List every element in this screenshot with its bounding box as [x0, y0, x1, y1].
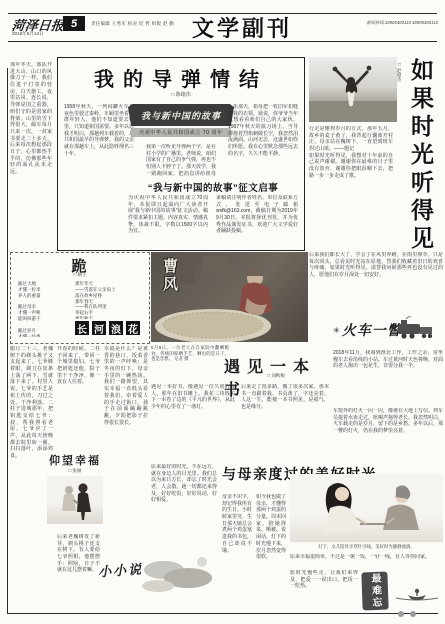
notice-title: “我与新中国的故事”征文启事 [128, 180, 298, 194]
mother-daughter-photo-art [290, 474, 443, 542]
notice-col2: 来稿请注明作者姓名、单位及联系方式，发送至电子邮箱 wxfk@163.com，截… [216, 195, 298, 245]
book-article-author: □ 刘秋梅 [224, 373, 328, 379]
basket-woman-photo: 曹风 [151, 252, 308, 342]
main-article-outer-col: 那年冬天，部队开进大山，山口的风像刀子一样。我们住进干打垒的营房，白天施工，夜里… [10, 62, 52, 248]
main-article-box: 我的导弹情结 □ 陈绪伟 1958年秋天，一列闷罐火车在夜色里驶过秦岭。车厢里坐… [57, 57, 305, 251]
header-bottom-rule [8, 41, 437, 42]
paper-date: 2019年5月14日 [12, 31, 44, 37]
column-logo-char-2: 河 [92, 321, 106, 335]
column-logo-char-1: 长 [75, 321, 89, 335]
mother-photo-caption: 灯下，女儿陪母亲穿针引线，美好时光静静流淌。 [290, 544, 443, 550]
mother-article-col2: 如今我也做了母亲，才懂得那两个鸡蛋的分量。周末回家，陪她择菜、晒被、说闲话，灯下… [256, 494, 286, 610]
left-frame-line [7, 68, 8, 613]
train-article-body1: 2018年11月，我调到淮北工作。工作之余，常坐慢车去看沿线的小站。车过黄河时天… [333, 350, 443, 406]
dot-icon [410, 611, 416, 617]
editors-line: 责任编辑 王秀军 校对 纪 哲 组版 赵 勤 [91, 21, 191, 27]
happiness-feature: 仰望幸福 □ 张丽 [46, 452, 104, 532]
right-article-body2: 后来我们都长大了，学会了在风里奔跑，在雨里撑伞。只是每次回头，总看见时光站在原地… [309, 252, 443, 304]
column-logo-char-3: 浪 [109, 321, 123, 335]
landscape-icon [138, 552, 216, 596]
couple-photo [47, 476, 103, 524]
campaign-banner: 我与新中国的故事 庆祝中华人民共和国成立 70 周年 [128, 104, 234, 138]
small-story-label: 小小说 [97, 558, 143, 580]
notice-col1: 为庆祝中华人民共和国成立70周年，本报即日起面向广大读者开展“我与新中国的故事”… [128, 195, 208, 245]
happiness-title: 仰望幸福 [46, 452, 104, 468]
page-number: 5 [63, 16, 85, 31]
newspaper-page: 菏泽日报 2019年5月14日 5 责任编辑 王秀军 校对 纪 哲 组版 赵 勤… [0, 0, 445, 624]
end-stamp: 最难忘 [361, 572, 388, 611]
right-article-body1: 行走是懂得岁月的方式。那年五月，故乡的麦子黄了，我背起行囊离开村庄，母亲站在槐树… [309, 126, 393, 248]
main-article-author: □ 陈绪伟 [58, 91, 304, 98]
main-article-col1: 1958年秋天，一列闷罐火车在夜色里驶过秦岭。车厢里坐着一群年轻人，他们不知道要… [64, 104, 134, 242]
field-woman-photo-art [309, 57, 397, 122]
dot-icon [398, 611, 404, 617]
boat-icon [392, 580, 442, 606]
right-article-author: □ 赵俊杰 [396, 62, 402, 132]
right-article-title: 如果时光听得见 [405, 58, 438, 254]
story-between: 原来最好的时光，不在远方，就在身边人的目光里。我们总以为来日方长，却忘了时光会老… [151, 464, 217, 548]
train-icon [394, 316, 438, 342]
main-article-title: 我的导弹情结 [58, 63, 304, 92]
train-article-body2: 车窗外的灯火一闪一闪，像谁在大地上写信。列车员提着水壶走过，吆喝声拖得老长。我忽… [333, 408, 443, 466]
hotline: 新闻热线:18905400110 18905405110 [322, 20, 438, 26]
star-icon: ✳ [333, 326, 340, 335]
couple-photo-art [47, 476, 103, 524]
poem-box: 跪 □ 朝子 跪过大地 才懂一粒米 养人的重量 跪过母亲 才懂一声唤 能叫回游子… [10, 252, 150, 344]
mother-article-col1: 母亲不识字，却记得我所有的生日。小时候家里穷，生日那天她总会煮两个鸡蛋塞进我的书… [222, 494, 252, 610]
mother-article-tail2: 愿时光慢些走，让我们来得及，把爱一一说出口，把饭一一吃热。 [290, 570, 358, 610]
book-article-col1: 遇见一本好书，像遇见一位久别的故人。那年在旧书摊上，我花三块钱买下一本卷了边的《… [151, 384, 235, 458]
column-logo: 长 河 浪 花 [75, 321, 143, 335]
column-logo-char-4: 花 [126, 321, 140, 335]
mother-daughter-photo [290, 474, 443, 542]
train-article-header: ✳ 火车一瞥 [333, 320, 402, 340]
bottom-frame-line [7, 613, 438, 614]
book-article-col2: 后来走了很多路，搬了很多次家，那本书一直跟着我。书页黄了，字还亮着。人这一生，能… [241, 384, 329, 458]
mid-photo-caption: 5月9日，一位老人在自家院中翻晒粮食。传统的晾晒手艺，晒出的是日子，也是念想。 … [151, 345, 229, 379]
train-article-title: 火车一瞥 [342, 320, 402, 340]
main-article-col3: 入伍那天，祖母把一枚旧军扣缝进我的衣领。她说，你爷爷当年就想看看咱们自己的大家伙… [228, 104, 298, 176]
poem-col1: 跪过大地 才懂一粒米 养人的重量 跪过母亲 才懂一声唤 能叫回游子 跪过岁月 才… [18, 281, 70, 337]
main-article-col2: 我第一次听见导弹两个字，是在村小学的广播里。老师说，咱们国家有了自己的争气弹，再… [146, 144, 216, 176]
campaign-banner-subtitle: 庆祝中华人民共和国成立 70 周年 [131, 128, 231, 137]
story-col2-top: 开春的时候，二柱子回来了，带回一个城里媳妇。七爷把钥匙还他，院子里干干净净，像一… [57, 346, 100, 448]
campaign-banner-title: 我与新中国的故事 [128, 104, 234, 126]
poem-col2: 那年冬天 ——雪落在父亲肩上 落在故乡屋脊 那年春天 ——我在队列里 举起右手 … [75, 281, 145, 319]
story-col2-bottom: 后来老槐树发了新芽，剃头挑子还支在树下。有人要给七爷照相，他摆摆手：照啥，日子不… [57, 534, 100, 610]
happiness-author: □ 张丽 [46, 468, 104, 474]
section-title: 文学副刊 [192, 12, 292, 43]
photo-overlay-title: 曹风 [159, 258, 180, 294]
poem-author: □ 朝子 [11, 272, 149, 278]
mother-article-tail1: 原来幸福很简单，不过是一粥一饭，一针一线，有人等你回家。 [290, 554, 443, 568]
field-woman-photo [309, 57, 397, 122]
decorative-dots [398, 604, 422, 622]
story-col3: 幸福是什么？是黄昏的巷口，饭菜香里的一声呼唤；是冬夜的灯下，母亲手里的一碗热汤。… [104, 346, 148, 546]
